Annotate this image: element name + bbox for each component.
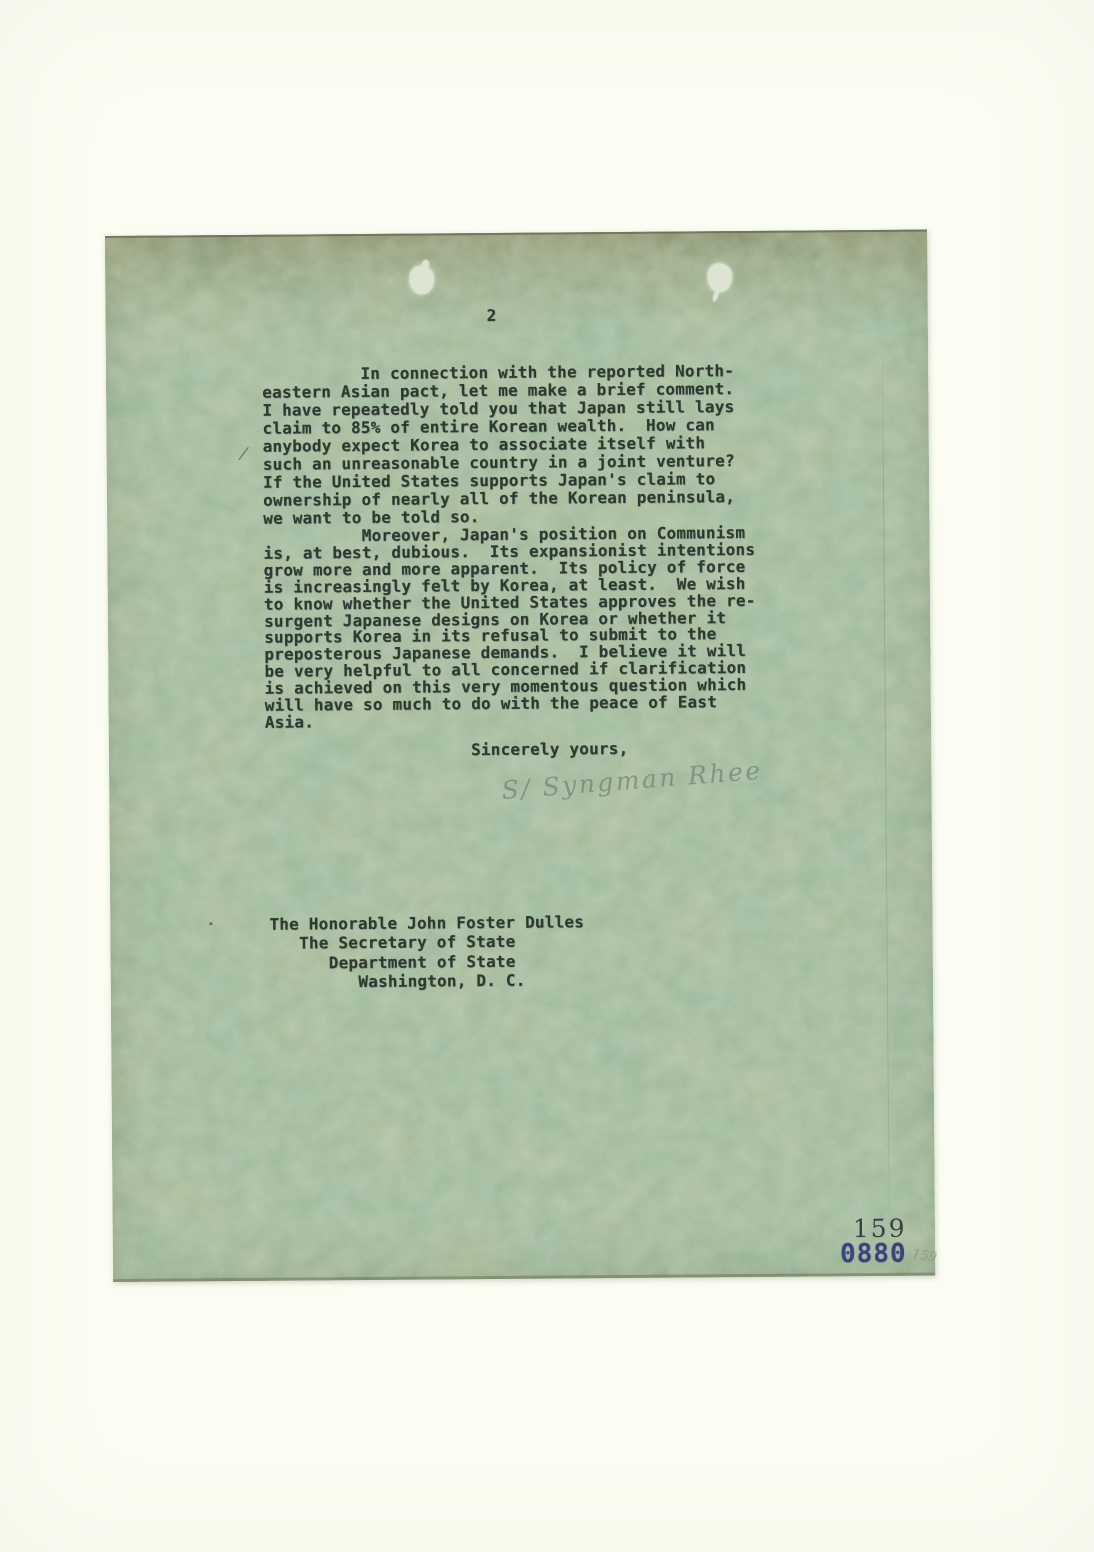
paragraph-northeastern-pact: In connection with the reported North- e… [262,362,735,528]
margin-pencil-mark: / [239,444,248,465]
paragraph-japan-position: Moreover, Japan's position on Communism … [263,525,756,732]
recipient-address-block: The Honorable John Foster Dulles The Sec… [269,912,584,992]
page-number: 2 [487,307,497,325]
pencil-number-note: 159 [911,1247,938,1266]
closing-salutation: Sincerely yours, [471,740,628,759]
punch-hole-right [707,263,732,292]
stray-ink-dot [209,922,212,925]
document-page: 2 In connection with the reported North-… [105,230,935,1282]
frame-number-stamp: 0880 [840,1239,907,1270]
paper-top-edge [105,230,927,238]
scan-background: 2 In connection with the reported North-… [0,0,1094,1552]
punch-hole-left [409,265,434,294]
handwritten-signature: S/ Syngman Rhee [501,756,764,805]
fold-crease-line [882,325,890,1270]
